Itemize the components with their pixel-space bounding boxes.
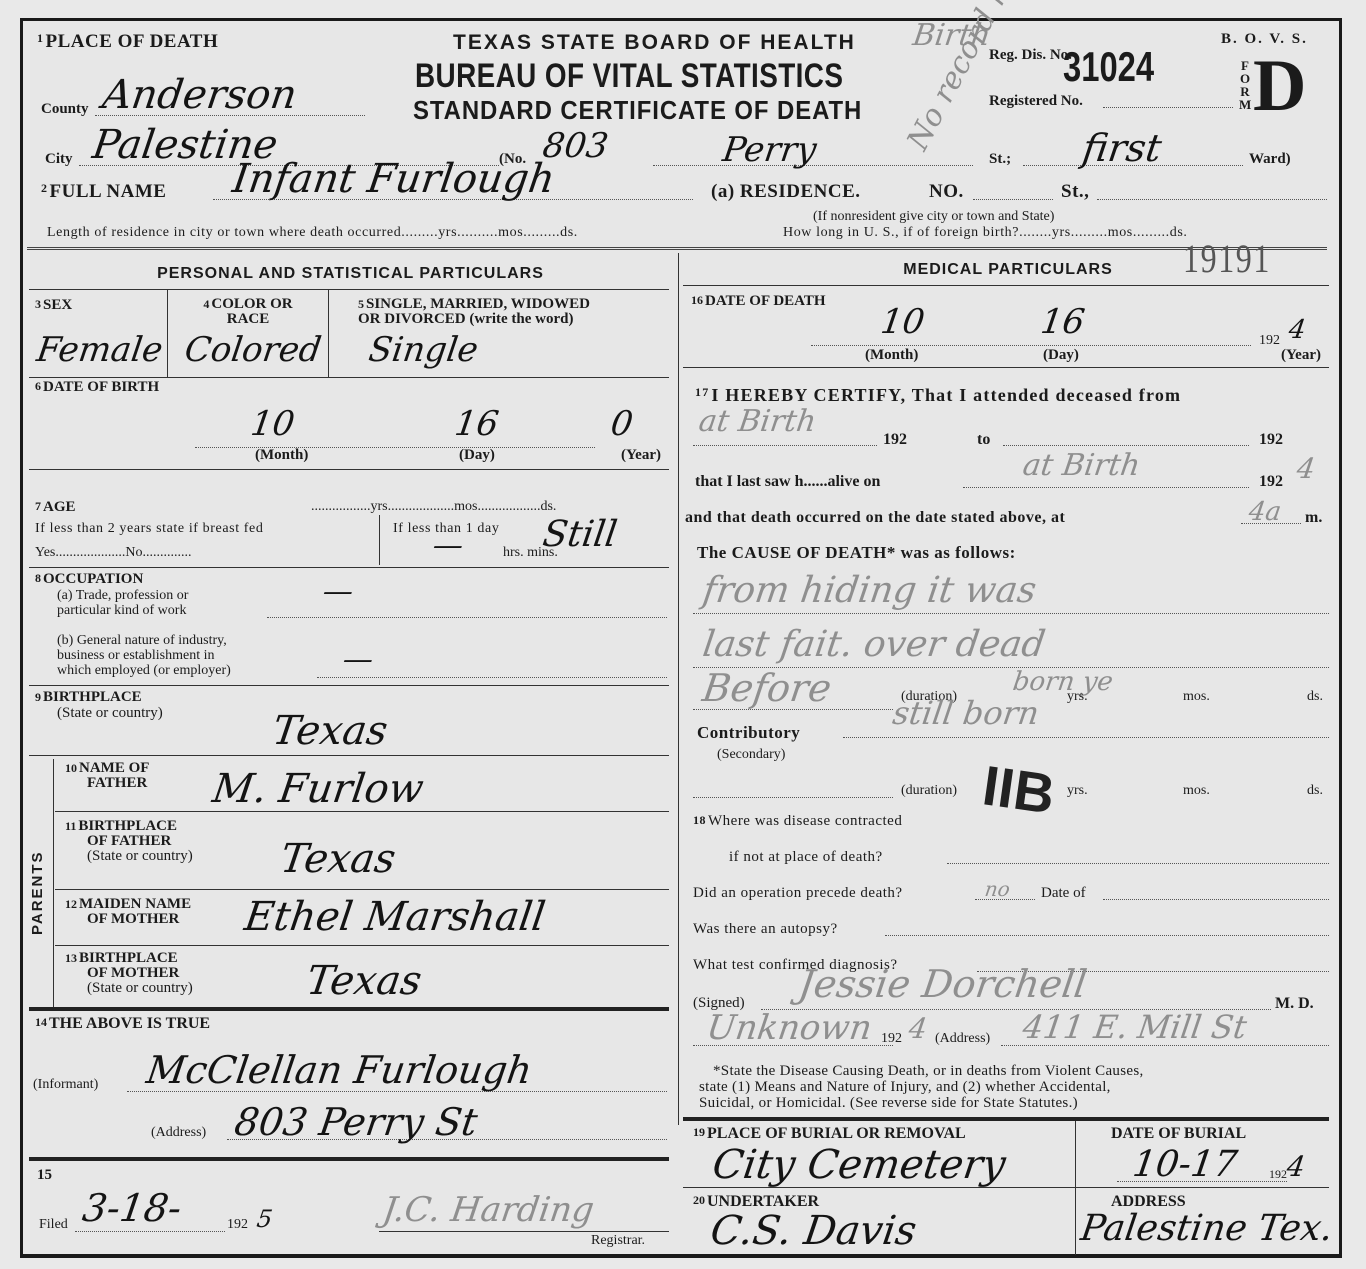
cause-line-2-value[interactable]: last fait. over dead (700, 627, 1047, 663)
dob-month-caption: (Month) (255, 447, 308, 464)
father-name-label: 10NAME OF FATHER (65, 761, 149, 791)
signed-date-value[interactable]: Unknown (705, 1011, 874, 1045)
contributory-duration-line (693, 797, 893, 798)
ward-label: Ward) (1249, 151, 1291, 168)
race-label-line2: RACE (173, 312, 323, 327)
cause-line-3-value[interactable]: Before (700, 669, 833, 707)
birthplace-label: 9BIRTHPLACE (State or country) (35, 689, 163, 721)
residence-st-field[interactable] (1097, 199, 1327, 200)
attended-from-value[interactable]: at Birth (697, 407, 818, 437)
mother-name-label: 12MAIDEN NAME OF MOTHER (65, 897, 191, 927)
contracted-label-2: if not at place of death? (729, 849, 883, 866)
father-bp-sub: (State or country) (65, 849, 193, 864)
parents-vertical-label: PARENTS (29, 850, 46, 935)
filed-date-line (75, 1231, 225, 1232)
father-bp-line1: BIRTHPLACE (78, 818, 177, 834)
physician-signature[interactable]: Jessie Dorchell (796, 965, 1089, 1003)
secondary-label: (Secondary) (717, 747, 785, 763)
dod-day-value[interactable]: 16 (1039, 305, 1087, 339)
birthplace-label-text: BIRTHPLACE (43, 689, 142, 705)
dod-month-value[interactable]: 10 (879, 305, 927, 339)
occupation-a-label: (a) Trade, profession or particular kind… (57, 588, 188, 618)
last-saw-text: that I last saw h......alive on (695, 473, 880, 491)
mother-bp-line1: BIRTHPLACE (79, 950, 178, 966)
age-divider (379, 515, 380, 565)
dod-day-caption: (Day) (1043, 347, 1079, 364)
contributory-mos: mos. (1183, 783, 1210, 799)
last-saw-line (963, 487, 1249, 488)
burial-year-value[interactable]: 4 (1285, 1153, 1307, 1181)
contributory-value[interactable]: still born (891, 697, 1041, 729)
dob-label-text: DATE OF BIRTH (43, 379, 159, 395)
last-saw-year-value[interactable]: 4 (1295, 455, 1317, 483)
contributory-duration-label: (duration) (901, 783, 957, 799)
undertaker-num: 20 (693, 1193, 705, 1207)
mother-name-value[interactable]: Ethel Marshall (242, 897, 547, 937)
operation-date-line[interactable] (1103, 899, 1329, 900)
signed-year-value[interactable]: 4 (907, 1015, 929, 1043)
operation-date-label: Date of (1041, 885, 1086, 902)
center-divider (678, 253, 679, 1125)
sex-race-divider (167, 289, 168, 377)
full-name-text: FULL NAME (50, 181, 167, 202)
mother-birthplace-label: 13BIRTHPLACE OF MOTHER (State or country… (65, 951, 193, 996)
reg-dist-label: Reg. Dis. No. (989, 47, 1072, 64)
occ-b-line2: business or establishment in (57, 648, 231, 663)
row-rule-5 (29, 755, 669, 756)
footnote-line-2: state (1) Means and Nature of Injury, an… (699, 1079, 1144, 1095)
medical-rule-1 (683, 367, 1329, 368)
registrar-signature: J.C. Harding (381, 1193, 596, 1227)
marital-value[interactable]: Single (367, 333, 481, 367)
father-label-line1: NAME OF (79, 760, 149, 776)
burial-divider (1075, 1121, 1076, 1255)
attended-to-year: 192 (1259, 431, 1283, 449)
registered-no-label: Registered No. (989, 93, 1083, 110)
dob-year-value[interactable]: 0 (609, 407, 635, 441)
birthplace-sub: (State or country) (35, 705, 163, 721)
dod-year-value[interactable]: 4 (1287, 317, 1307, 343)
certificate-title: STANDARD CERTIFICATE OF DEATH (413, 95, 862, 126)
race-value[interactable]: Colored (183, 333, 324, 367)
race-label: 4COLOR OR RACE (173, 297, 323, 327)
mother-label-line1: MAIDEN NAME (79, 896, 191, 912)
mother-label-line2: OF MOTHER (65, 912, 191, 927)
duration-value[interactable]: born ye (1011, 669, 1114, 695)
residence-no-label: NO. (929, 181, 964, 203)
medical-title-rule (683, 285, 1329, 286)
occ-b-line3: which employed (or employer) (57, 663, 231, 678)
occupation-a-value[interactable]: — (321, 577, 355, 607)
contributory-line (843, 737, 1329, 738)
burial-place-value[interactable]: City Cemetery (710, 1145, 1008, 1185)
duration-ds: ds. (1307, 689, 1323, 705)
physician-address-value[interactable]: 411 E. Mill St (1021, 1011, 1249, 1043)
medical-section-title: MEDICAL PARTICULARS (678, 261, 1338, 279)
mother-birthplace-value[interactable]: Texas (304, 961, 424, 1001)
mother-bp-sub: (State or country) (65, 981, 193, 996)
autopsy-line[interactable] (885, 935, 1329, 936)
street-value[interactable]: Perry (721, 133, 819, 167)
informant-label: (Informant) (33, 1077, 98, 1093)
county-value[interactable]: Anderson (100, 75, 299, 115)
duration-mos: mos. (1183, 689, 1210, 705)
death-time-m: m. (1305, 509, 1322, 527)
form-d-letter: D (1253, 49, 1306, 123)
attended-to-label: to (977, 431, 990, 449)
occupation-a-line (267, 617, 667, 618)
occupation-b-line (317, 677, 667, 678)
sex-value[interactable]: Female (35, 333, 165, 367)
informant-address-label: (Address) (151, 1125, 206, 1141)
certify-text: 17I HEREBY CERTIFY, That I attended dece… (695, 385, 1181, 406)
dob-day-value[interactable]: 16 (453, 407, 501, 441)
death-time-value[interactable]: 4a (1247, 499, 1283, 525)
row-rule-6 (55, 811, 669, 812)
filed-label: Filed (39, 1217, 68, 1233)
contracted-label-1: 18Where was disease contracted (693, 813, 902, 830)
burial-date-value[interactable]: 10-17 (1130, 1147, 1239, 1183)
certify-text-body: I HEREBY CERTIFY, That I attended deceas… (711, 385, 1181, 405)
breast-fed-yes-no[interactable]: Yes....................No.............. (35, 545, 191, 561)
dod-label: 16DATE OF DEATH (691, 293, 826, 310)
row-rule-8 (55, 945, 669, 946)
registrar-label: Registrar. (591, 1233, 645, 1249)
hours-dash: — (431, 531, 465, 561)
dod-year-caption: (Year) (1281, 347, 1321, 364)
father-birthplace-value[interactable]: Texas (278, 839, 398, 879)
breast-fed-note: If less than 2 years state if breast fed (35, 521, 263, 537)
marital-label: 5SINGLE, MARRIED, WIDOWED OR DIVORCED (w… (358, 297, 590, 327)
footnote-line-1: *State the Disease Causing Death, or in … (699, 1063, 1144, 1079)
attended-from-line (693, 445, 877, 446)
sex-label: 3SEX (35, 297, 72, 314)
occ-a-line2: particular kind of work (57, 603, 188, 618)
age-value[interactable]: Still (540, 517, 619, 553)
dob-label: 6DATE OF BIRTH (35, 379, 159, 396)
cause-line-1-value[interactable]: from hiding it was (700, 573, 1038, 609)
dob-month-value[interactable]: 10 (249, 407, 297, 441)
above-true-text: THE ABOVE IS TRUE (49, 1015, 210, 1032)
filed-year-value[interactable]: 5 (255, 1207, 274, 1231)
informant-bottom-rule (29, 1157, 669, 1161)
occupation-b-value[interactable]: — (341, 645, 375, 675)
marital-label-line2: OR DIVORCED (write the word) (358, 312, 590, 327)
header-divider (27, 247, 1327, 250)
operation-label: Did an operation precede death? (693, 885, 903, 902)
contracted-label-1-text: Where was disease contracted (708, 813, 902, 829)
father-name-value[interactable]: M. Furlow (210, 769, 426, 809)
row-rule-1 (29, 377, 669, 378)
parents-bottom-rule (29, 1007, 669, 1011)
undertaker-value[interactable]: C.S. Davis (708, 1211, 919, 1251)
informant-address-value[interactable]: 803 Perry St (232, 1103, 479, 1141)
contributory-yrs: yrs. (1067, 783, 1088, 799)
dod-label-text: DATE OF DEATH (705, 293, 826, 309)
filed-date-value[interactable]: 3-18- (80, 1189, 184, 1227)
residence-st-label: St., (1061, 181, 1089, 203)
father-birthplace-label: 11BIRTHPLACE OF FATHER (State or country… (65, 819, 193, 864)
burial-date-label: DATE OF BURIAL (1111, 1125, 1246, 1143)
dod-month-caption: (Month) (865, 347, 918, 364)
reg-dist-number: 31024 (1063, 43, 1154, 91)
age-label-text: AGE (43, 499, 76, 515)
race-label-line1: COLOR OR (211, 296, 292, 312)
father-bp-line2: OF FATHER (65, 834, 193, 849)
personal-title-rule (29, 289, 669, 290)
full-name-label: 2FULL NAME (41, 181, 166, 203)
residence-no-field[interactable] (973, 199, 1053, 200)
ward-value[interactable]: first (1080, 129, 1164, 167)
foreign-birth-text: How long in U. S., if of foreign birth?.… (783, 225, 1188, 241)
autopsy-label: Was there an autopsy? (693, 921, 838, 938)
residence-label: (a) RESIDENCE. (711, 181, 861, 203)
occ-b-line1: (b) General nature of industry, (57, 633, 231, 648)
mother-bp-line2: OF MOTHER (65, 966, 193, 981)
registered-no-field[interactable] (1103, 107, 1233, 108)
row-rule-4 (29, 685, 669, 686)
burial-rule (683, 1187, 1329, 1188)
physician-address-label: (Address) (935, 1031, 990, 1047)
dob-year-caption: (Year) (621, 447, 661, 464)
occupation-b-label: (b) General nature of industry, business… (57, 633, 231, 678)
sex-label-text: SEX (43, 297, 72, 313)
last-saw-year-prefix: 192 (1259, 473, 1283, 491)
birthplace-value[interactable]: Texas (270, 711, 390, 751)
undertaker-address-value[interactable]: Palestine Tex. (1078, 1211, 1335, 1247)
board-title: TEXAS STATE BOARD OF HEALTH (453, 31, 856, 55)
burial-place-label: 19PLACE OF BURIAL OR REMOVAL (693, 1125, 966, 1143)
length-residence-text: Length of residence in city or town wher… (47, 225, 578, 241)
occupation-label-text: OCCUPATION (43, 571, 143, 587)
place-of-death-label: 1PLACE OF DEATH (37, 31, 218, 53)
attended-to-line[interactable] (1003, 445, 1249, 446)
above-true-label: 14THE ABOVE IS TRUE (35, 1015, 210, 1033)
dod-year-prefix: 192 (1259, 333, 1280, 349)
ink-stamp-mark: IIB (979, 752, 1059, 826)
footnote-line-3: Suicidal, or Homicidal. (See reverse sid… (699, 1095, 1144, 1111)
city-label: City (45, 151, 73, 168)
race-marital-divider (328, 289, 329, 377)
form-vertical-label: F O R M (1239, 59, 1251, 111)
cause-line-1 (693, 613, 1329, 614)
death-certificate-form: 1PLACE OF DEATH TEXAS STATE BOARD OF HEA… (20, 18, 1342, 1258)
cause-footnote: *State the Disease Causing Death, or in … (699, 1063, 1144, 1111)
row-rule-2 (29, 469, 669, 470)
medical-bottom-rule (683, 1117, 1329, 1121)
filing-number: 15 (37, 1167, 52, 1184)
age-units: .................yrs...................m… (311, 499, 556, 515)
md-label: M. D. (1275, 995, 1314, 1013)
bureau-title: BUREAU OF VITAL STATISTICS (415, 57, 843, 96)
contributory-label: Contributory (697, 723, 800, 743)
occ-a-line1: (a) Trade, profession or (57, 588, 188, 603)
cause-of-death-label: The CAUSE OF DEATH* was as follows: (697, 543, 1016, 563)
informant-value[interactable]: McClellan Furlough (144, 1051, 534, 1089)
row-rule-7 (55, 889, 669, 890)
attended-from-year: 192 (883, 431, 907, 449)
registrar-line (379, 1231, 669, 1232)
contributory-ds: ds. (1307, 783, 1323, 799)
place-of-death-text: PLACE OF DEATH (46, 31, 219, 52)
burial-place-label-text: PLACE OF BURIAL OR REMOVAL (707, 1125, 966, 1142)
father-label-line2: FATHER (65, 776, 149, 791)
dob-day-caption: (Day) (459, 447, 495, 464)
parents-divider (53, 759, 54, 1011)
age-label: 7AGE (35, 499, 76, 516)
street-st-label: St.; (989, 151, 1011, 168)
burial-place-num: 19 (693, 1125, 705, 1139)
form-letter-m: M (1239, 98, 1251, 111)
contracted-line[interactable] (947, 863, 1329, 864)
personal-section-title: PERSONAL AND STATISTICAL PARTICULARS (23, 265, 678, 283)
last-saw-value[interactable]: at Birth (1021, 451, 1142, 481)
full-name-value[interactable]: Infant Furlough (230, 159, 557, 199)
row-rule-3 (29, 567, 669, 568)
operation-value[interactable]: no (984, 879, 1012, 899)
filed-year-prefix: 192 (227, 1217, 248, 1233)
dod-line (811, 345, 1251, 346)
duration-yrs: yrs. (1067, 689, 1088, 705)
occupation-label: 8OCCUPATION (35, 571, 143, 588)
death-time-text: and that death occurred on the date stat… (685, 509, 1065, 527)
marital-label-line1: SINGLE, MARRIED, WIDOWED (366, 296, 590, 312)
county-label: County (41, 101, 89, 118)
nonresident-note: (If nonresident give city or town and St… (813, 209, 1054, 225)
signed-year-prefix: 192 (881, 1031, 902, 1047)
